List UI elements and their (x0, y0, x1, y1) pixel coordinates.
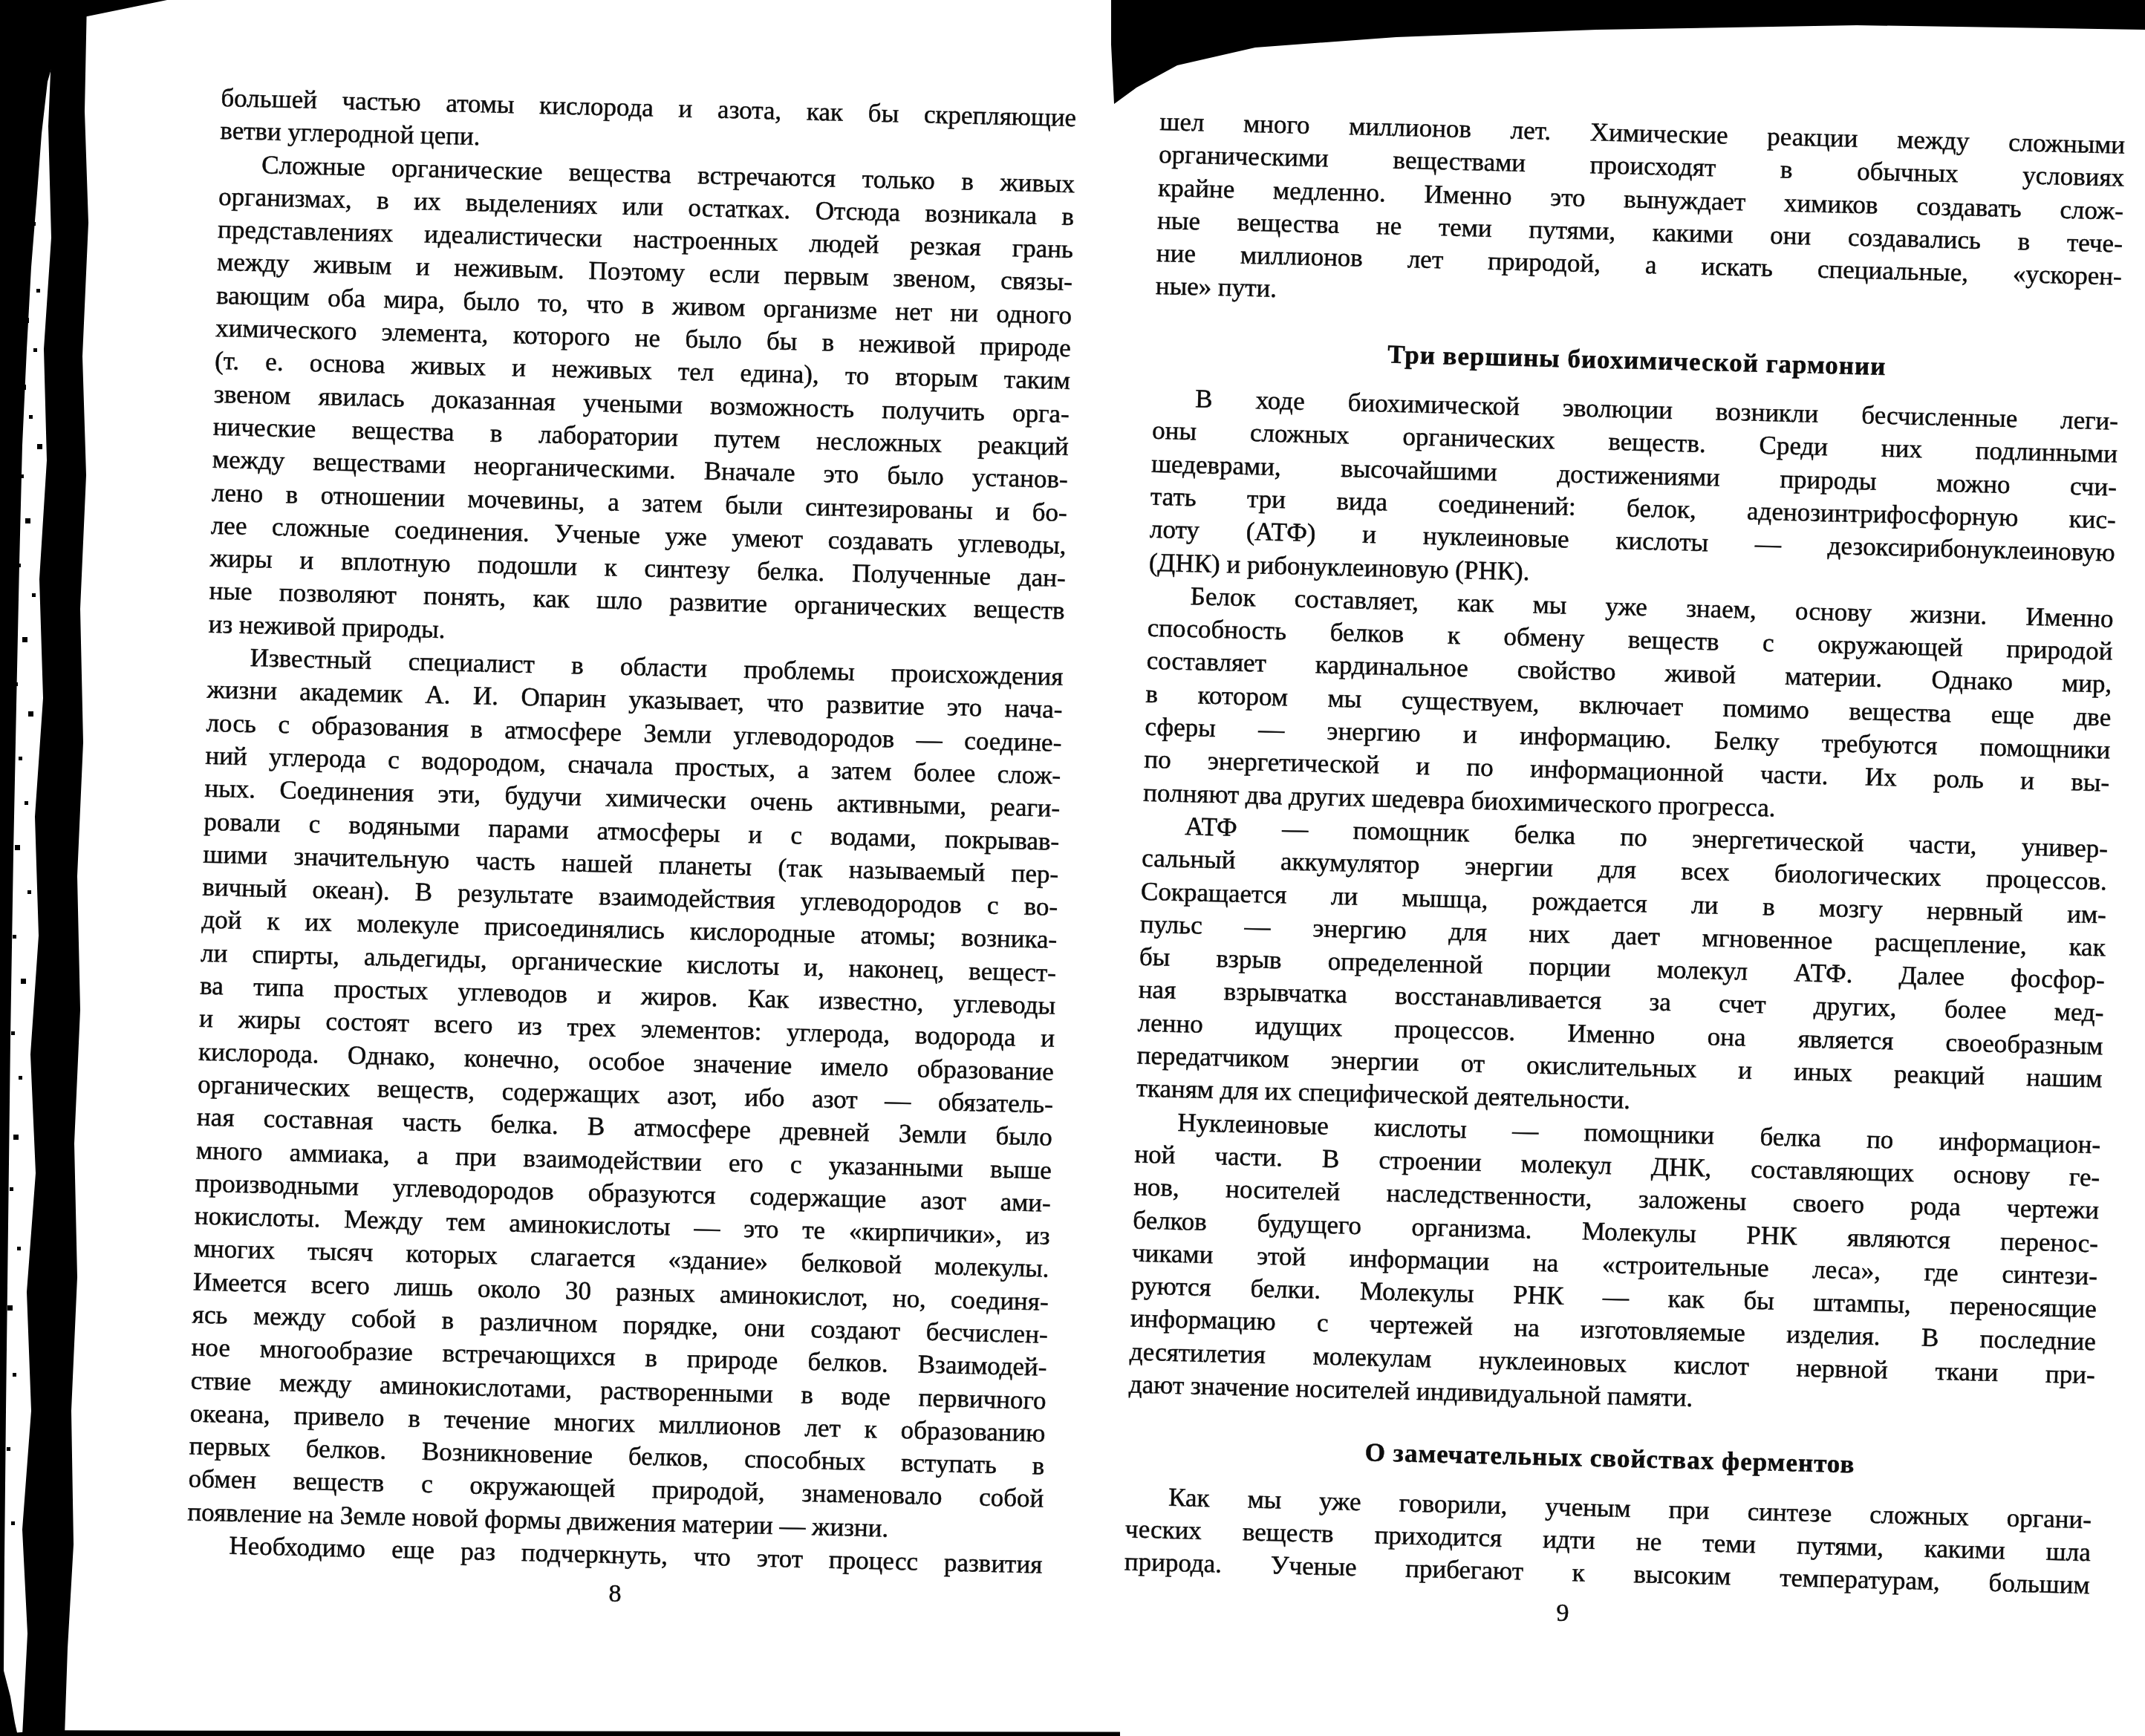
paragraph-block: шел много миллионов лет. Химические реак… (1156, 105, 2126, 326)
scanned-book-spread: { "document": { "type": "scanned-book-sp… (0, 0, 2145, 1736)
scan-edge-bottom (12, 1729, 1120, 1736)
scan-edge-top-right (1111, 0, 2145, 108)
paragraph-block: Как мы уже говорили, ученым при синтезе … (1124, 1480, 2092, 1602)
page-number-left: 8 (594, 1580, 636, 1608)
section-heading: Три вершины биохимической гармонии (1153, 333, 2120, 389)
section-heading: О замечательных свойствах ферментов (1127, 1431, 2093, 1487)
right-page-text: шел много миллионов лет. Химические реак… (1124, 105, 2126, 1602)
left-page-text: большей частью атомы кислорода и азота, … (186, 82, 1077, 1582)
page-number-right: 9 (1542, 1599, 1583, 1628)
paragraph-block: В ходе биохимической эволюции возникли б… (1128, 382, 2118, 1425)
